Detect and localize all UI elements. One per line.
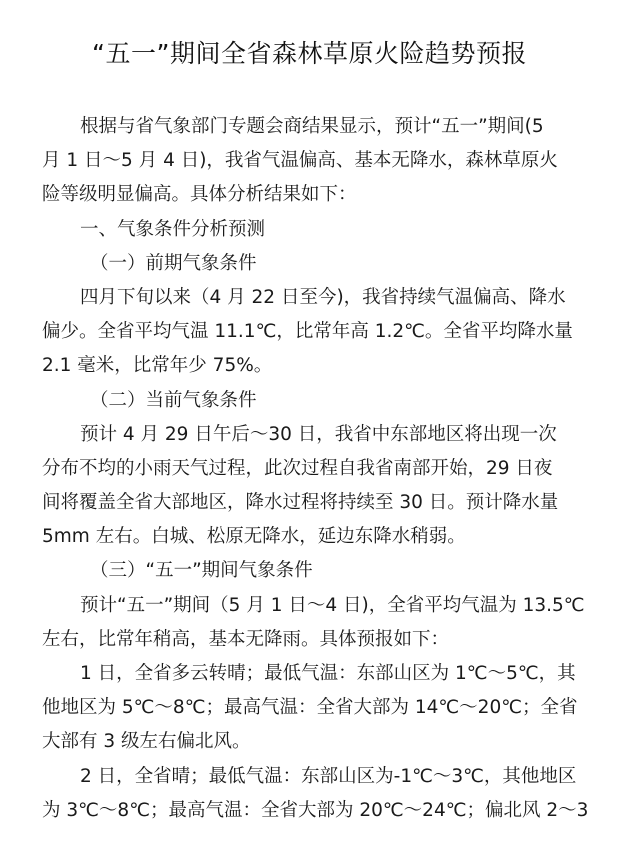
paragraph-prior-line: 2.1 毫米，比常年少 75%。	[42, 349, 582, 383]
paragraph-current-line: 5mm 左右。白城、松原无降水，延边东降水稍弱。	[42, 520, 582, 554]
paragraph-day2-line: 2 日，全省晴；最低气温：东部山区为-1℃～3℃，其他地区	[42, 760, 582, 794]
paragraph-prior-line: 偏少。全省平均气温 11.1℃，比常年高 1.2℃。全省平均降水量	[42, 315, 582, 349]
paragraph-holiday-line: 预计“五一”期间（5 月 1 日～4 日)，全省平均气温为 13.5℃	[42, 589, 582, 623]
subsection-heading-1: （一）前期气象条件	[42, 247, 582, 281]
paragraph-prior-line: 四月下旬以来（4 月 22 日至今)，我省持续气温偏高、降水	[42, 281, 582, 315]
subsection-heading-2: （二）当前气象条件	[42, 384, 582, 418]
paragraph-day2-line: 为 3℃～8℃；最高气温：全省大部为 20℃～24℃；偏北风 2～3	[42, 794, 582, 828]
document-body: 根据与省气象部门专题会商结果显示，预计“五一”期间(5 月 1 日～5 月 4 …	[42, 110, 582, 828]
paragraph-intro-line: 根据与省气象部门专题会商结果显示，预计“五一”期间(5	[42, 110, 582, 144]
paragraph-current-line: 预计 4 月 29 日午后～30 日，我省中东部地区将出现一次	[42, 418, 582, 452]
paragraph-holiday-line: 左右，比常年稍高，基本无降雨。具体预报如下：	[42, 623, 582, 657]
paragraph-day1-line: 他地区为 5℃～8℃；最高气温：全省大部为 14℃～20℃；全省	[42, 691, 582, 725]
document-title: “五一”期间全省森林草原火险趋势预报	[0, 34, 619, 74]
paragraph-current-line: 分布不均的小雨天气过程，此次过程自我省南部开始，29 日夜	[42, 452, 582, 486]
paragraph-intro-line: 月 1 日～5 月 4 日)，我省气温偏高、基本无降水，森林草原火	[42, 144, 582, 178]
paragraph-day1-line: 大部有 3 级左右偏北风。	[42, 725, 582, 759]
paragraph-current-line: 间将覆盖全省大部地区，降水过程将持续至 30 日。预计降水量	[42, 486, 582, 520]
paragraph-intro-line: 险等级明显偏高。具体分析结果如下：	[42, 178, 582, 212]
section-heading-1: 一、气象条件分析预测	[42, 213, 582, 247]
subsection-heading-3: （三）“五一”期间气象条件	[42, 554, 582, 588]
paragraph-day1-line: 1 日，全省多云转晴；最低气温：东部山区为 1℃～5℃，其	[42, 657, 582, 691]
